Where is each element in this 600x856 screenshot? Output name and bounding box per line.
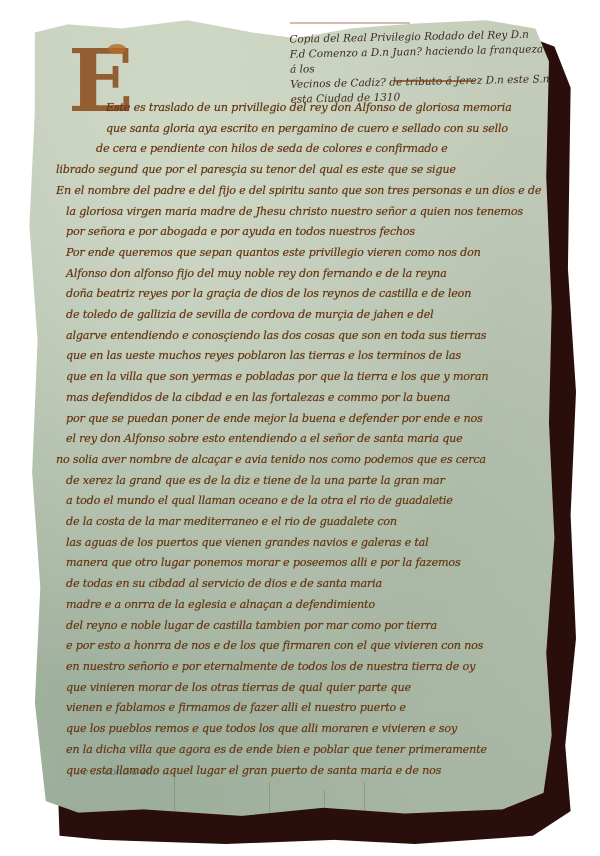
text-line: de la costa de la mar mediterraneo e el … <box>56 512 561 533</box>
text-line: de todas en su cibdad al servicio de dio… <box>56 574 561 595</box>
text-line: e por esto a honrra de nos e de los que … <box>56 636 561 657</box>
text-line: que los pueblos remos e que todos los qu… <box>56 719 561 740</box>
text-line: de cera e pendiente con hilos de seda de… <box>56 139 561 160</box>
text-line: a todo el mundo el qual llaman oceano e … <box>56 491 561 512</box>
text-line: madre e a onrra de la eglesia e alnaçan … <box>56 595 561 616</box>
ink-underline <box>290 22 410 24</box>
text-line: manera que otro lugar ponemos morar e po… <box>56 553 561 574</box>
text-line: en nuestro señorio e por eternalmente de… <box>56 657 561 678</box>
text-line: que vinieren morar de los otras tierras … <box>56 678 561 699</box>
text-line: las aguas de los puertos que vienen gran… <box>56 533 561 554</box>
text-line: que en las ueste muchos reyes poblaron l… <box>56 346 561 367</box>
faint-bottom-text: ... e ... contra ello ... <box>70 767 230 778</box>
ink-underline <box>395 80 475 82</box>
text-line: que en la villa que son yermas e poblada… <box>56 367 561 388</box>
text-line: mas defendidos de la cibdad e en las for… <box>56 388 561 409</box>
text-line: algarve entendiendo e conosçiendo las do… <box>56 326 561 347</box>
text-line: en la dicha villa que agora es de ende b… <box>56 740 561 761</box>
manuscript-body: Este es traslado de un privillegio del r… <box>56 98 561 781</box>
text-line: la gloriosa virgen maria madre de Jhesu … <box>56 202 561 223</box>
initial-flourish-icon <box>108 44 126 54</box>
text-line: no solia aver nombre de alcaçar e avia t… <box>56 450 561 471</box>
text-line: por que se puedan poner de ende mejor la… <box>56 409 561 430</box>
text-line: de xerez la grand que es de la diz e tie… <box>56 471 561 492</box>
text-line: del reyno e noble lugar de castilla tamb… <box>56 616 561 637</box>
text-line: el rey don Alfonso sobre esto entendiend… <box>56 429 561 450</box>
text-line: doña beatriz reyes por la graçia de dios… <box>56 284 561 305</box>
text-line: librado segund que por el paresçia su te… <box>56 160 561 181</box>
header-note: Copia del Real Privilegio Rodado del Rey… <box>289 27 551 107</box>
text-line: vienen e fablamos e firmamos de fazer al… <box>56 698 561 719</box>
text-line: Este es traslado de un privillegio del r… <box>56 98 561 119</box>
text-line: de toledo de gallizia de sevilla de cord… <box>56 305 561 326</box>
text-line: Alfonso don alfonso fijo del muy noble r… <box>56 264 561 285</box>
text-line: por señora e por abogada e por ayuda en … <box>56 222 561 243</box>
text-line: que santa gloria aya escrito en pergamin… <box>56 119 561 140</box>
text-line: Por ende queremos que sepan quantos este… <box>56 243 561 264</box>
text-line: En el nombre del padre e del fijo e del … <box>56 181 561 202</box>
